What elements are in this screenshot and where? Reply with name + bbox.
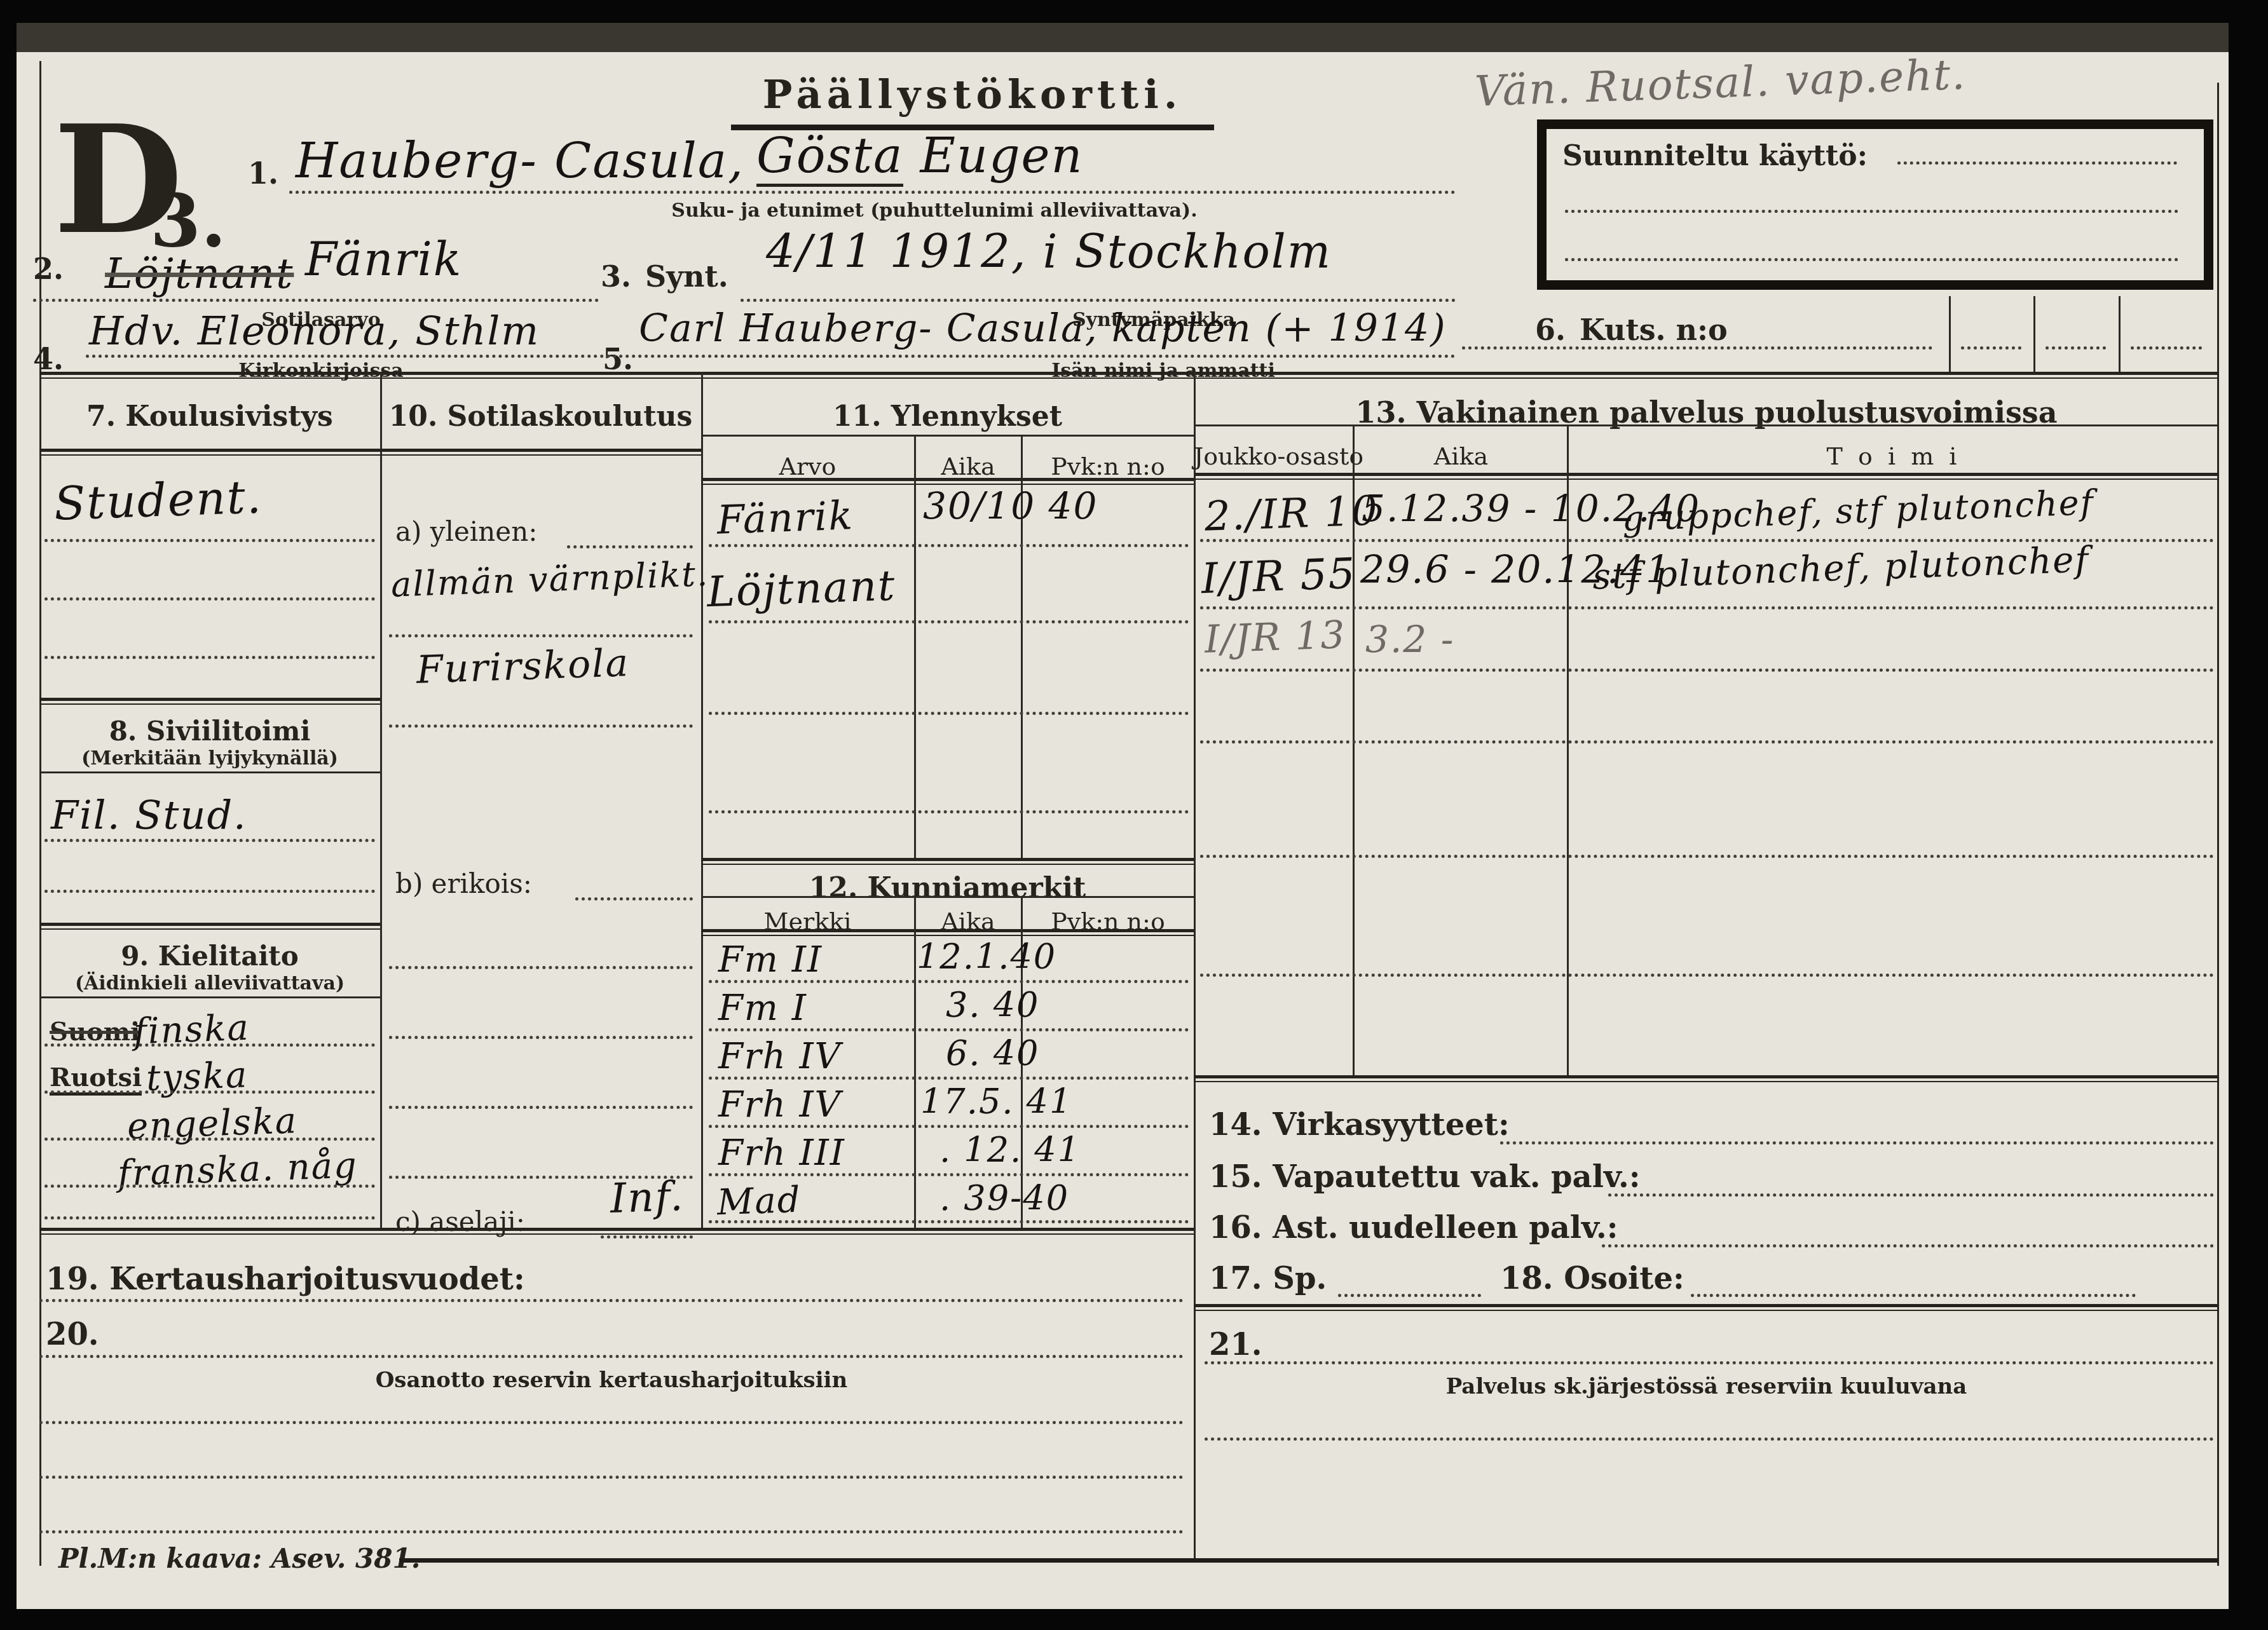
field2-crossed-rank: Löjtnant bbox=[105, 249, 294, 298]
callname-underlined: Gösta bbox=[756, 127, 903, 187]
field3-birth-handwriting: 4/11 1912, i Stockholm bbox=[766, 225, 1332, 278]
section13-row-dotted-2 bbox=[1200, 606, 2214, 609]
section9-dotted-1 bbox=[44, 1043, 375, 1047]
section11-col-pvk: Pvk:n n:o bbox=[1022, 452, 1194, 480]
section11-row-dotted-3 bbox=[709, 712, 1189, 715]
section8-top-rule bbox=[39, 698, 380, 705]
section9-dotted-2 bbox=[44, 1090, 375, 1094]
section20-dotted-4 bbox=[39, 1530, 1184, 1533]
section11-title: 11. Ylennykset bbox=[701, 400, 1194, 433]
field3-number: 3. bbox=[601, 259, 631, 294]
section19-label: 19. Kertausharjoitusvuodet: bbox=[46, 1261, 525, 1297]
service-1-unit: 2./IR 10 bbox=[1204, 487, 1379, 541]
field6-dotted-line bbox=[1462, 346, 1932, 350]
section8-title: 8. Siviilitoimi bbox=[39, 716, 380, 747]
section12-row-dotted-4 bbox=[709, 1125, 1189, 1128]
decoration-3-mark: Frh IV bbox=[718, 1036, 842, 1077]
planned-use-dotted-1 bbox=[1897, 161, 2177, 165]
field1-surname-handwriting: Hauberg- Casula, bbox=[296, 132, 744, 189]
decoration-1-mark: Fm II bbox=[718, 939, 823, 981]
section10-dotted-2 bbox=[389, 634, 693, 637]
section21-dotted-2 bbox=[1205, 1437, 2214, 1441]
section13-title-rule bbox=[1194, 424, 2219, 426]
section7-entry-handwriting: Student. bbox=[53, 470, 263, 530]
field6-cell-dotted-3 bbox=[2131, 346, 2202, 350]
section11-row-dotted-4 bbox=[709, 810, 1189, 813]
service-3-unit-pencil: I/JR 13 bbox=[1204, 613, 1347, 662]
section8-subtitle: (Merkitään lyijykynällä) bbox=[39, 747, 380, 770]
right-middle-rule bbox=[1194, 1304, 2219, 1311]
field1-label: Suku- ja etunimet (puhuttelunimi allevii… bbox=[648, 200, 1220, 222]
field4-number: 4. bbox=[33, 342, 64, 376]
section18-label: 18. Osoite: bbox=[1500, 1261, 1684, 1296]
divider-col1-col2 bbox=[380, 372, 382, 1231]
decoration-2-mark: Fm I bbox=[718, 988, 807, 1029]
section9-native-crossed: Suomi bbox=[50, 1017, 140, 1047]
field2-dotted-line bbox=[33, 299, 599, 302]
section17-dotted bbox=[1338, 1294, 1481, 1297]
section10-b-dotted bbox=[575, 897, 693, 900]
field1-givenname-handwriting: Gösta Eugen bbox=[756, 127, 1084, 184]
footer-heavy-line bbox=[399, 1558, 2218, 1563]
section20-dotted-3 bbox=[39, 1476, 1184, 1479]
section12-row-dotted-1 bbox=[709, 980, 1189, 983]
section7-header-rule bbox=[39, 449, 380, 456]
section16-dotted bbox=[1602, 1244, 2214, 1247]
field4-5-dotted-line bbox=[86, 355, 1456, 358]
field6-label: Kuts. n:o bbox=[1580, 313, 1728, 347]
field5-number: 5. bbox=[603, 342, 633, 376]
section20-note: Osanotto reservin kertausharjoituksiin bbox=[39, 1368, 1184, 1393]
promotion-date-1: 30/10 40 bbox=[923, 484, 1098, 527]
section10-b-label: b) erikois: bbox=[395, 868, 532, 899]
section8-entry-handwriting: Fil. Stud. bbox=[51, 792, 247, 838]
section10-dotted-3 bbox=[389, 724, 693, 728]
section8-dotted-1 bbox=[44, 839, 375, 842]
section13-col-aika: Aika bbox=[1354, 442, 1568, 470]
section10-dotted-6 bbox=[389, 1106, 693, 1109]
section17-label: 17. Sp. bbox=[1209, 1261, 1327, 1296]
field6-cell-dotted-2 bbox=[2046, 346, 2106, 350]
field2-rank-handwriting: Fänrik bbox=[305, 233, 462, 286]
decoration-6-mark: Mad bbox=[716, 1179, 802, 1224]
section21-note: Palvelus sk.järjestössä reserviin kuuluv… bbox=[1194, 1374, 2219, 1399]
decoration-5-mark: Frh III bbox=[718, 1132, 845, 1174]
section12-divider-1 bbox=[914, 896, 916, 1231]
section13-row-dotted-6 bbox=[1200, 974, 2214, 977]
service-3-period-pencil: 3.2 - bbox=[1365, 618, 1454, 661]
section12-title-rule bbox=[701, 896, 1194, 898]
section11-title-rule bbox=[701, 435, 1194, 437]
givenname-rest: Eugen bbox=[920, 127, 1084, 184]
section13-header-rule bbox=[1194, 473, 2219, 480]
section8-header-rule bbox=[39, 771, 380, 773]
section10-c-entry-handwriting: Inf. bbox=[610, 1173, 685, 1223]
promotion-rank-1: Fänrik bbox=[716, 492, 854, 543]
section11-row-dotted-1 bbox=[709, 544, 1189, 547]
section10-c-dotted bbox=[601, 1235, 693, 1239]
section16-label: 16. Ast. uudelleen palv.: bbox=[1209, 1210, 1618, 1246]
field6-number: 6. bbox=[1535, 313, 1566, 347]
service-2-unit: I/JR 55 bbox=[1201, 549, 1357, 603]
section13-col-toimi: T o i m i bbox=[1568, 442, 2219, 470]
planned-use-dotted-3 bbox=[1565, 258, 2178, 261]
section13-row-dotted-3 bbox=[1200, 669, 2214, 672]
section9-subtitle: (Äidinkieli alleviivattava) bbox=[39, 972, 380, 995]
form-reference: Pl.M:n kaava: Asev. 381. bbox=[58, 1543, 420, 1574]
section12-title: 12. Kunniamerkit bbox=[701, 872, 1194, 904]
decoration-1-date: 12.1.40 bbox=[917, 937, 1056, 977]
section9-top-rule bbox=[39, 923, 380, 930]
section10-title: 10. Sotilaskoulutus bbox=[380, 400, 701, 433]
section15-label: 15. Vapautettu vak. palv.: bbox=[1209, 1159, 1640, 1195]
decoration-5-date: . 12. 41 bbox=[939, 1130, 1081, 1170]
section21-dotted-1 bbox=[1205, 1361, 2214, 1364]
planned-use-dotted-2 bbox=[1565, 210, 2178, 213]
decoration-2-date: 3. 40 bbox=[946, 985, 1039, 1025]
section19-dotted bbox=[39, 1299, 1184, 1302]
planned-use-label: Suunniteltu käyttö: bbox=[1562, 140, 1868, 172]
scan-top-shadow bbox=[17, 23, 2229, 52]
promotion-rank-2: Löjtnant bbox=[706, 561, 897, 616]
section12-row-dotted-3 bbox=[709, 1076, 1189, 1080]
field3-prefix: Synt. bbox=[645, 259, 728, 294]
field1-dotted-line bbox=[289, 191, 1456, 194]
section12-row-dotted-2 bbox=[709, 1028, 1189, 1031]
section13-bottom-rule bbox=[1194, 1075, 2219, 1082]
left-grid-bottom-rule bbox=[39, 1228, 1194, 1235]
section12-header-rule bbox=[701, 929, 1194, 936]
decoration-6-date: . 39-40 bbox=[939, 1178, 1069, 1218]
section7-title: 7. Koulusivistys bbox=[39, 400, 380, 433]
section9-header-rule bbox=[39, 996, 380, 998]
decoration-4-mark: Frh IV bbox=[718, 1084, 842, 1125]
section12-row-dotted-5 bbox=[709, 1173, 1189, 1176]
section21-label: 21. bbox=[1209, 1327, 1262, 1362]
section20-dotted-2 bbox=[39, 1421, 1184, 1424]
field5-father-handwriting: Carl Hauberg- Casula, kapten (+ 1914) bbox=[639, 306, 1447, 351]
section10-dotted-5 bbox=[389, 1036, 693, 1039]
section11-col-aika: Aika bbox=[914, 452, 1022, 480]
field1-number: 1. bbox=[248, 156, 278, 191]
card-left-border bbox=[39, 61, 41, 1566]
section13-row-dotted-5 bbox=[1200, 855, 2214, 858]
scanned-officer-card: Päällystökortti. Vän. Ruotsal. vap.eht. … bbox=[0, 0, 2268, 1630]
section12-row-dotted-6 bbox=[709, 1220, 1189, 1223]
section15-dotted bbox=[1608, 1193, 2214, 1197]
section10-header-rule bbox=[380, 449, 701, 456]
section11-divider-1 bbox=[914, 435, 916, 858]
decoration-4-date: 17.5. 41 bbox=[920, 1082, 1072, 1122]
section11-col-arvo: Arvo bbox=[701, 452, 914, 480]
section9-dotted-5 bbox=[44, 1216, 375, 1219]
section8-dotted-2 bbox=[44, 890, 375, 893]
field6-cell-divider-1 bbox=[1949, 296, 1951, 372]
section14-label: 14. Virkasyytteet: bbox=[1209, 1107, 1510, 1143]
page-title: Päällystökortti. bbox=[731, 71, 1214, 118]
divider-col2-col3 bbox=[701, 372, 703, 1231]
section20-label: 20. bbox=[46, 1317, 99, 1352]
field3-dotted-line bbox=[741, 299, 1456, 302]
section10-a-entry2-handwriting: Furirskola bbox=[416, 641, 630, 693]
field6-cell-dotted-1 bbox=[1961, 346, 2021, 350]
section9-title: 9. Kielitaito bbox=[39, 941, 380, 972]
section9-dotted-3 bbox=[44, 1138, 375, 1141]
section18-dotted bbox=[1691, 1294, 2136, 1297]
section10-a-dotted bbox=[567, 545, 693, 548]
section7-dotted-2 bbox=[44, 597, 375, 601]
section13-row-dotted-4 bbox=[1200, 740, 2214, 744]
field6-cell-divider-2 bbox=[2033, 296, 2035, 372]
field4-church-record-handwriting: Hdv. Eleonora, Sthlm bbox=[89, 308, 540, 354]
section10-dotted-4 bbox=[389, 966, 693, 969]
section9-dotted-4 bbox=[44, 1185, 375, 1188]
decoration-3-date: 6. 40 bbox=[946, 1033, 1039, 1073]
grid-top-rule bbox=[39, 372, 2219, 379]
section7-dotted-1 bbox=[44, 539, 375, 542]
section7-dotted-3 bbox=[44, 656, 375, 659]
field6-cell-divider-3 bbox=[2119, 296, 2121, 372]
section20-dotted-1 bbox=[39, 1355, 1184, 1358]
section14-dotted bbox=[1500, 1141, 2214, 1144]
section11-row-dotted-2 bbox=[709, 620, 1189, 623]
field2-number: 2. bbox=[33, 252, 64, 286]
section12-top-rule bbox=[701, 858, 1194, 865]
section10-a-label: a) yleinen: bbox=[395, 516, 537, 547]
section13-col-unit: Joukko-osasto bbox=[1194, 442, 1354, 470]
card-right-border bbox=[2217, 83, 2219, 1566]
